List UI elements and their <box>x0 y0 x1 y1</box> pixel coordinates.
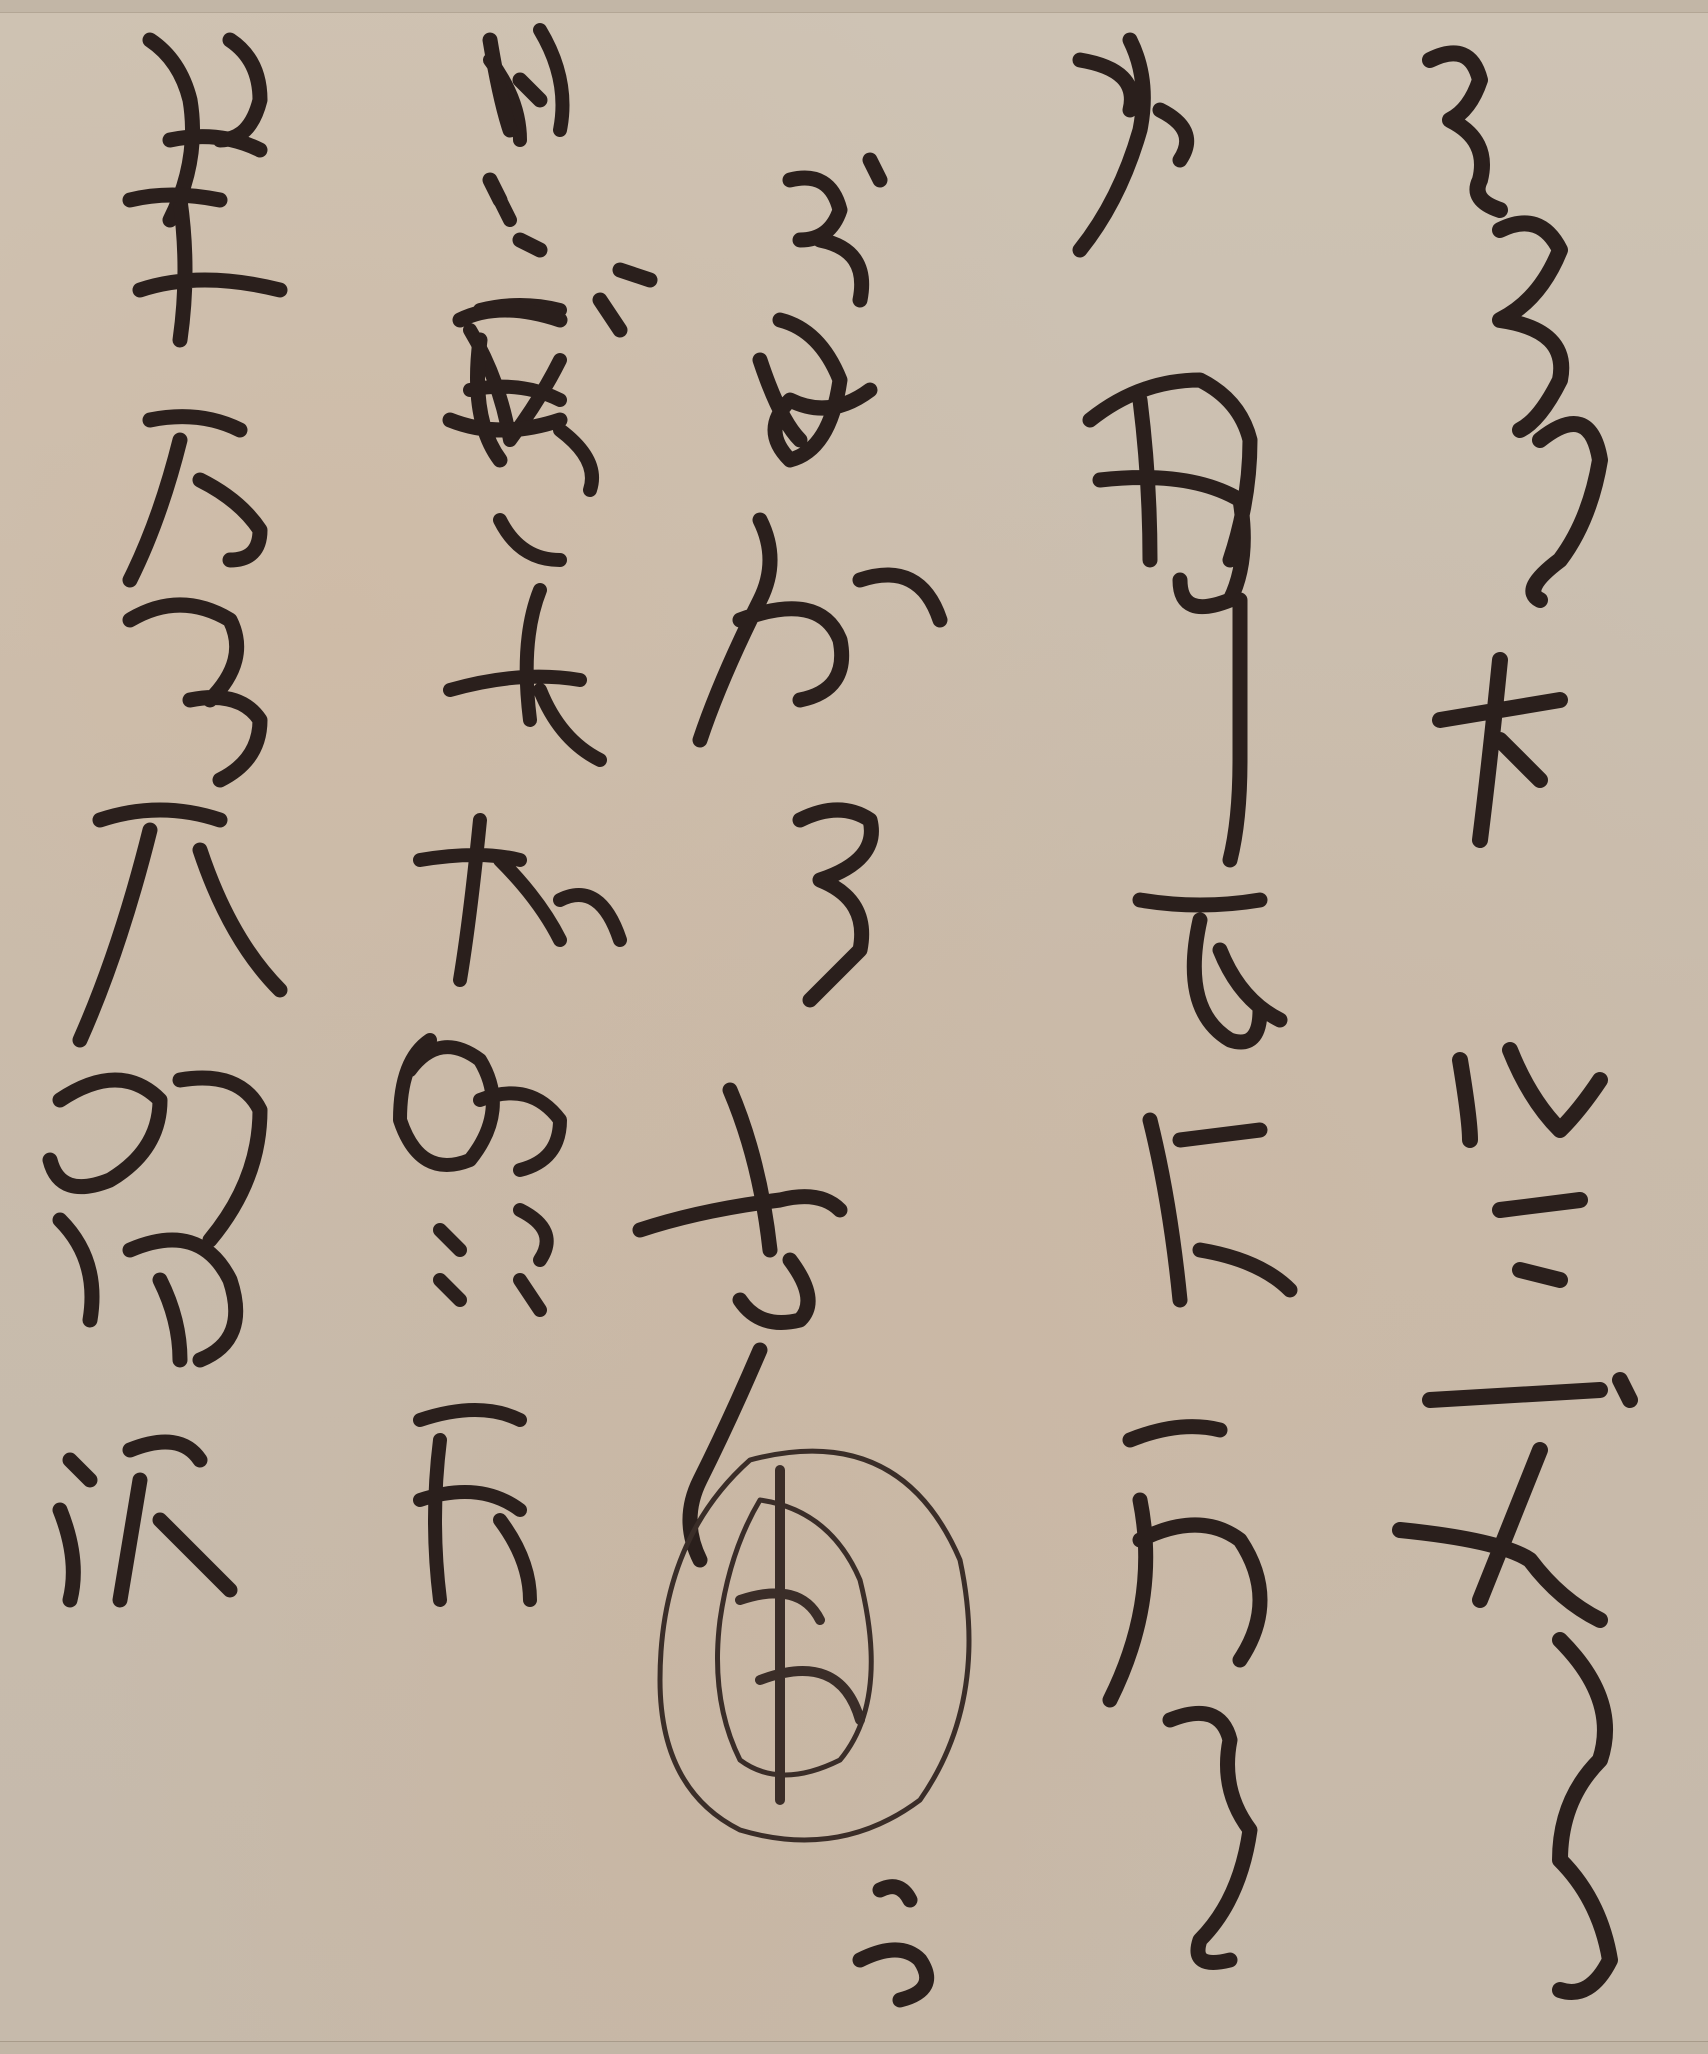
column-3 <box>640 160 940 2000</box>
column-2 <box>1080 40 1290 1963</box>
column-6 <box>50 40 280 1600</box>
column-4 <box>400 30 620 1600</box>
calligraphy-ink <box>0 0 1708 2054</box>
column-1 <box>1400 53 1630 1992</box>
circled-character <box>660 1451 969 1840</box>
